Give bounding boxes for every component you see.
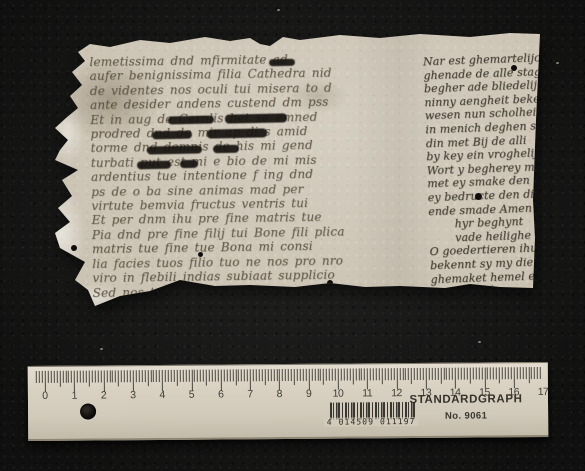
ruler-tick (48, 371, 49, 383)
ruler-tick (288, 369, 289, 381)
ruler-tick (390, 368, 391, 380)
ruler-tick (505, 367, 506, 379)
ruler-tick (420, 368, 421, 380)
ruler-tick (112, 370, 113, 382)
ink-spot (475, 193, 482, 200)
ruler-tick (429, 368, 430, 380)
ruler-tick (177, 370, 178, 386)
ruler-tick (247, 369, 248, 381)
ruler-tick (358, 368, 359, 380)
ink-strikethrough (152, 131, 192, 140)
ruler-tick (411, 368, 412, 384)
ruler-tick (188, 370, 189, 382)
ruler-tick (382, 368, 383, 384)
ruler-tick (36, 371, 37, 383)
ruler-tick (100, 370, 101, 382)
ruler-tick (349, 369, 350, 381)
ruler-tick (396, 368, 397, 389)
ruler-tick (185, 370, 186, 382)
ruler-tick (361, 368, 362, 380)
ruler-number: 7 (238, 388, 262, 400)
ruler-tick (484, 367, 485, 388)
ruler-tick (379, 368, 380, 380)
ruler-number: 5 (179, 389, 203, 401)
ruler-tick (300, 369, 301, 381)
ruler-tick (341, 369, 342, 381)
ruler-tick (232, 369, 233, 381)
ruler-tick (493, 367, 494, 379)
ruler-tick (150, 370, 151, 382)
ruler-tick (162, 370, 163, 391)
ruler-tick (352, 368, 353, 384)
ruler-tick (106, 370, 107, 382)
ruler-tick (203, 370, 204, 382)
ruler-tick (71, 371, 72, 383)
ruler-tick (537, 367, 538, 379)
ruler-tick (317, 369, 318, 381)
ruler-tick (423, 368, 424, 380)
ruler-tick (139, 370, 140, 382)
ruler-tick (165, 370, 166, 382)
ruler-tick (285, 369, 286, 381)
ruler-tick (136, 370, 137, 382)
ruler-tick (446, 368, 447, 380)
parchment-sheet: lemetissima dnd mfirmitate adaufer benig… (55, 28, 547, 313)
ruler-tick (540, 367, 541, 379)
ruler-tick (364, 368, 365, 380)
ruler-tick (141, 370, 142, 382)
ruler-tick (256, 369, 257, 381)
ruler-tick (253, 369, 254, 381)
ruler-tick (229, 369, 230, 381)
ruler-tick (414, 368, 415, 380)
ruler-tick (437, 368, 438, 380)
ink-strikethrough (168, 116, 214, 125)
ruler-tick (519, 367, 520, 379)
ruler-tick (215, 370, 216, 382)
ruler-tick (326, 369, 327, 381)
ruler-tick (218, 370, 219, 382)
ink-strikethrough (269, 59, 295, 67)
ink-strikethrough (137, 161, 171, 170)
ruler-tick (534, 367, 535, 379)
ruler-tick (42, 371, 43, 383)
ruler-tick (508, 367, 509, 379)
ruler-tick (455, 368, 456, 389)
ruler-tick (490, 367, 491, 379)
ruler-tick (522, 367, 523, 379)
ruler-number: 3 (121, 389, 145, 401)
ruler-tick (367, 368, 368, 389)
ruler-tick (308, 369, 309, 390)
ruler-hanging-hole (80, 404, 96, 420)
ruler-tick (191, 370, 192, 391)
dust-speck (556, 62, 559, 64)
ruler-tick (306, 369, 307, 381)
ruler-tick (133, 370, 134, 391)
ruler-tick (282, 369, 283, 381)
ruler-tick (109, 370, 110, 382)
ruler-tick (452, 368, 453, 380)
ruler-number: 2 (91, 389, 115, 401)
ruler-tick (464, 368, 465, 380)
ruler: 01234567891011121314151617 4 014509 0111… (28, 362, 549, 441)
ruler-tick (221, 370, 222, 391)
ruler-tick (347, 369, 348, 381)
ruler-tick (45, 371, 46, 392)
ruler-tick (335, 369, 336, 381)
ruler-tick (502, 367, 503, 379)
ruler-tick (408, 368, 409, 380)
ruler-tick (270, 369, 271, 381)
ruler-tick (417, 368, 418, 380)
ruler-number: 9 (297, 388, 321, 400)
ruler-tick (39, 371, 40, 383)
ruler-tick (127, 370, 128, 382)
ruler-tick (434, 368, 435, 380)
ruler-tick (89, 371, 90, 387)
ruler-tick (388, 368, 389, 380)
ruler-number-layer: 01234567891011121314151617 (28, 363, 548, 367)
ruler-tick (370, 368, 371, 380)
ruler-tick (212, 370, 213, 382)
ruler-tick (399, 368, 400, 380)
ruler-tick (385, 368, 386, 380)
ruler-tick (197, 370, 198, 382)
ruler-tick (59, 371, 60, 387)
ruler-tick (303, 369, 304, 381)
ink-spot (71, 245, 77, 251)
ruler-tick (376, 368, 377, 380)
ruler-tick (250, 369, 251, 390)
ruler-tick (144, 370, 145, 382)
ruler-tick (467, 368, 468, 380)
ruler-tick (200, 370, 201, 382)
ruler-tick (461, 368, 462, 380)
ruler-tick (180, 370, 181, 382)
ruler-tick (121, 370, 122, 382)
ink-spot (327, 280, 333, 286)
ruler-tick (74, 371, 75, 392)
dust-speck (100, 348, 103, 350)
ruler-tick (443, 368, 444, 380)
ruler-tick (458, 368, 459, 380)
ruler-tick (470, 368, 471, 384)
ruler-tick (291, 369, 292, 381)
ruler-tick (297, 369, 298, 381)
ruler-number: 10 (326, 388, 350, 400)
ruler-tick (118, 370, 119, 386)
ruler-tick (77, 371, 78, 383)
ruler-tick (68, 371, 69, 383)
ruler-tick (262, 369, 263, 381)
ruler-tick (273, 369, 274, 381)
ruler-tick-layer (28, 363, 548, 367)
ruler-tick (95, 371, 96, 383)
ruler-tick (516, 367, 517, 379)
ruler-tick (355, 368, 356, 380)
ruler-tick (115, 370, 116, 382)
ruler-tick (226, 369, 227, 381)
ink-strikethrough (180, 160, 198, 168)
manuscript-fragment: lemetissima dnd mfirmitate adaufer benig… (55, 28, 547, 313)
ruler-tick (405, 368, 406, 380)
ruler-tick (525, 367, 526, 379)
ruler-model-label: No. 9061 (396, 410, 536, 422)
ruler-number: 6 (209, 388, 233, 400)
ruler-tick (267, 369, 268, 381)
ruler-tick (241, 369, 242, 381)
ruler-tick (499, 367, 500, 383)
ruler-tick (209, 370, 210, 382)
ruler-tick (514, 367, 515, 388)
ruler-tick (153, 370, 154, 382)
ink-strikethrough (225, 113, 287, 123)
dutch-text-block: Nar est ghemartelijcheghenade de alle st… (423, 51, 561, 300)
ruler-tick (487, 367, 488, 379)
ruler-tick (103, 370, 104, 391)
ruler-number: 8 (267, 388, 291, 400)
ruler-tick (402, 368, 403, 380)
ruler-tick (259, 369, 260, 381)
ruler-number: 1 (62, 390, 86, 402)
ruler-tick (235, 369, 236, 385)
ruler-tick (54, 371, 55, 383)
ruler-tick (320, 369, 321, 381)
ruler-tick (159, 370, 160, 382)
ruler-tick (86, 371, 87, 383)
ruler-tick (323, 369, 324, 385)
ruler-tick (156, 370, 157, 382)
ruler-tick (206, 370, 207, 386)
ruler-number: 4 (150, 389, 174, 401)
ruler-tick (329, 369, 330, 381)
ruler-tick (56, 371, 57, 383)
ruler-tick (194, 370, 195, 382)
ink-spot (511, 65, 517, 71)
ruler-tick (344, 369, 345, 381)
ruler-tick (311, 369, 312, 381)
dust-speck (277, 9, 280, 11)
ruler-tick (528, 367, 529, 383)
ink-strikethrough (213, 145, 239, 154)
dust-speck (478, 341, 481, 343)
ruler-tick (314, 369, 315, 381)
ruler-tick (531, 367, 532, 379)
ruler-tick (130, 370, 131, 382)
photo-stage: lemetissima dnd mfirmitate adaufer benig… (0, 0, 585, 471)
ruler-tick (481, 367, 482, 379)
ruler-tick (496, 367, 497, 379)
ruler-tick (168, 370, 169, 382)
ruler-tick (238, 369, 239, 381)
ruler-tick (393, 368, 394, 380)
ruler-tick (432, 368, 433, 380)
ruler-tick (147, 370, 148, 386)
ink-strikethrough (147, 145, 202, 154)
latin-text-block: lemetissima dnd mfirmitate adaufer benig… (89, 51, 378, 300)
ruler-tick (51, 371, 52, 383)
ruler-tick (182, 370, 183, 382)
ruler-tick (223, 369, 224, 381)
ruler-tick (279, 369, 280, 390)
ruler-tick (83, 371, 84, 383)
ruler-tick (97, 370, 98, 382)
ruler-number: 0 (33, 390, 57, 402)
ruler-tick (244, 369, 245, 381)
ruler-tick (475, 368, 476, 380)
ruler-tick (473, 368, 474, 380)
ruler-tick (449, 368, 450, 380)
ruler-tick (332, 369, 333, 381)
ruler-tick (65, 371, 66, 383)
ruler-tick (124, 370, 125, 382)
ruler-tick (276, 369, 277, 381)
ruler-tick (373, 368, 374, 380)
ruler-tick (62, 371, 63, 383)
ruler-tick (478, 367, 479, 379)
ink-spot (198, 252, 203, 257)
ruler-tick (174, 370, 175, 382)
ink-strikethrough (207, 128, 267, 138)
ruler-tick (338, 369, 339, 390)
ruler-tick (511, 367, 512, 379)
ruler-tick (171, 370, 172, 382)
ruler-tick (92, 371, 93, 383)
ruler-tick (440, 368, 441, 384)
ruler-tick (80, 371, 81, 383)
ruler-brand-label: STANDARDGRAPH (396, 393, 536, 406)
ruler-tick (265, 369, 266, 385)
ruler-tick (294, 369, 295, 385)
ruler-number: 11 (355, 387, 379, 399)
ruler-tick (426, 368, 427, 389)
